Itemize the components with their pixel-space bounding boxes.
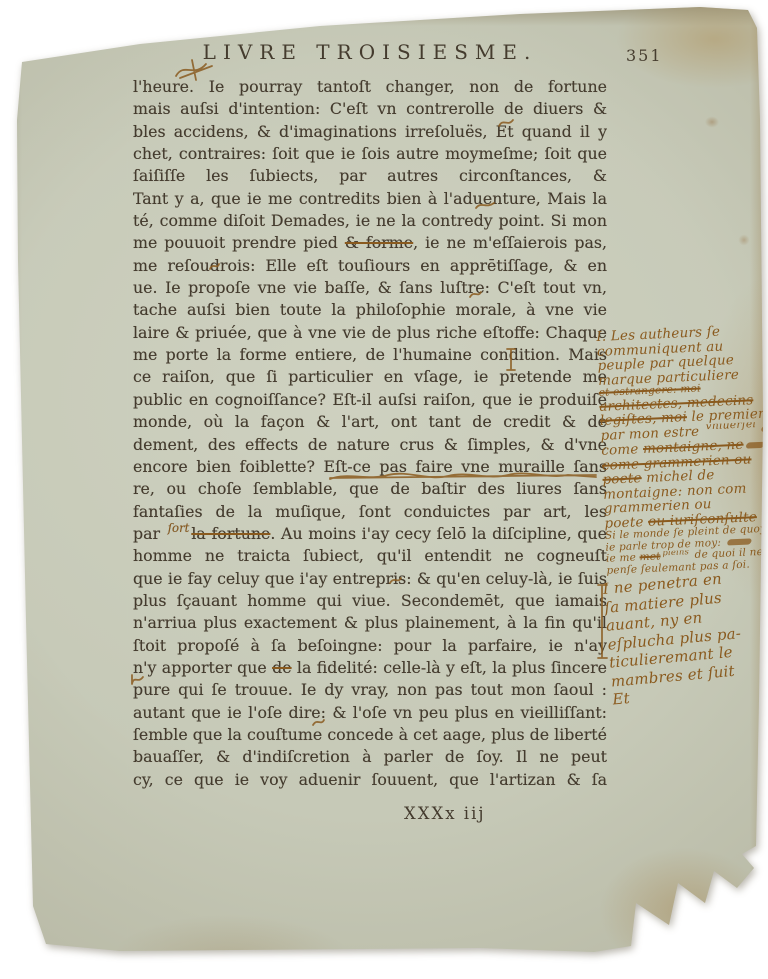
- struck-text: poete: [602, 470, 642, 487]
- text-segment: me reſoudrois: Elle eſt touſiours en app…: [133, 256, 607, 277]
- printed-text-line: me porte la forme entiere, de l'humaine …: [133, 344, 607, 366]
- text-segment: homme ne traicta ſubiect, qu'il entendit…: [133, 546, 607, 567]
- printed-text-line: l'heure. Ie pourray tantoſt changer, non…: [133, 76, 607, 98]
- printed-text-line: té, comme diſoit Demades, ie ne la contr…: [133, 210, 607, 232]
- printed-text-line: bauaſſer, & d'indiſcretion à parler de ſ…: [133, 746, 607, 768]
- text-segment: plus ſçauant homme qui viue. Secondemēt,…: [133, 591, 607, 612]
- illegible-scribble: [746, 441, 766, 448]
- text-segment: autant que ie l'oſe dire: & l'oſe vn peu…: [133, 703, 607, 724]
- book-page: LIVRE TROISIESME. 351 l'heure. Ie pourra…: [0, 0, 768, 979]
- handwritten-margin-note-2: I ne penetra enſa matiere plusauant, ny …: [602, 565, 768, 709]
- text-segment: par: [133, 524, 166, 543]
- printed-text-line: plus ſçauant homme qui viue. Secondemēt,…: [133, 590, 607, 612]
- struck-text: la fortune: [191, 524, 270, 543]
- printed-text-line: ſtoit propoſé à ſa beſoingne: pour la pa…: [133, 635, 607, 657]
- printed-text-line: tache auſsi bien toute la philoſophie mo…: [133, 299, 607, 321]
- text-segment: fantaſies de la muſique, ſont conduictes…: [133, 502, 607, 523]
- printed-text-line: monde, où la façon & l'art, ont tant de …: [133, 411, 607, 433]
- page-number: 351: [626, 46, 663, 65]
- gathering-signature: XXXx iij: [404, 804, 485, 823]
- text-segment: re, ou choſe ſemblable, que de baſtir de…: [133, 479, 607, 500]
- printed-text-line: chet, contraires: ſoit que ie ſois autre…: [133, 143, 607, 165]
- text-segment: té, comme diſoit Demades, ie ne la contr…: [133, 211, 607, 232]
- text-segment: monde, où la façon & l'art, ont tant de …: [133, 412, 607, 433]
- text-segment: ſtoit propoſé à ſa beſoingne: pour la pa…: [133, 636, 607, 657]
- printed-text-line: re, ou choſe ſemblable, que de baſtir de…: [133, 478, 607, 500]
- text-segment: public en cognoiſſance? Eſt-il auſsi rai…: [133, 390, 607, 411]
- printed-text-line: ſaiſiſſe les ſubiects, par autres circon…: [133, 165, 607, 187]
- text-segment: ſemble que la couſtume concede à cet aag…: [133, 725, 607, 746]
- text-segment: mais auſsi d'intention: C'eſt vn contrer…: [133, 99, 607, 120]
- text-segment: pure qui ſe trouue. Ie dy vray, non pas …: [133, 680, 607, 701]
- illegible-scribble: [761, 424, 768, 432]
- page-shadow: LIVRE TROISIESME. 351 l'heure. Ie pourra…: [0, 0, 768, 979]
- text-segment: laire & priuée, que à vne vie de plus ri…: [133, 323, 607, 344]
- text-segment: n'arriua plus exactement & plus plaineme…: [133, 613, 607, 634]
- text-segment: dement, des effects de nature crus & ſim…: [133, 435, 607, 456]
- printed-text-line: laire & priuée, que à vne vie de plus ri…: [133, 322, 607, 344]
- printed-text-line: public en cognoiſſance? Eſt-il auſsi rai…: [133, 389, 607, 411]
- text-segment: Tant y a, que ie me contredits bien à l'…: [133, 189, 607, 210]
- printed-text-line: ce raiſon, que ſi particulier en vſage, …: [133, 366, 607, 388]
- text-segment: encore bien foiblette? Eſt-ce pas faire …: [133, 457, 607, 478]
- text-segment: me porte la forme entiere, de l'humaine …: [133, 345, 607, 366]
- illegible-scribble: [727, 538, 753, 545]
- printed-text-line: bles accidens, & d'imaginations irreſolu…: [133, 121, 607, 143]
- text-segment: que ie fay celuy que i'ay entrepris: & q…: [133, 569, 607, 590]
- text-segment: come: [601, 441, 643, 458]
- printed-text-line: que ie fay celuy que i'ay entrepris: & q…: [133, 568, 607, 590]
- printed-text-line: dement, des effects de nature crus & ſim…: [133, 434, 607, 456]
- text-segment: chet, contraires: ſoit que ie ſois autre…: [133, 144, 607, 165]
- text-segment: cy, ce que ie voy aduenir ſouuent, que l…: [133, 770, 607, 791]
- struck-text: de: [272, 658, 291, 677]
- text-segment: bauaſſer, & d'indiſcretion à parler de ſ…: [133, 747, 607, 768]
- printed-text-line: n'arriua plus exactement & plus plaineme…: [133, 612, 607, 634]
- printed-text-line: homme ne traicta ſubiect, qu'il entendit…: [133, 545, 607, 567]
- printed-text-block: l'heure. Ie pourray tantoſt changer, non…: [133, 76, 607, 791]
- struck-text: & forme: [345, 233, 413, 252]
- text-segment: ce raiſon, que ſi particulier en vſage, …: [133, 367, 607, 388]
- struck-text: met: [639, 550, 661, 563]
- printed-text-line: ſemble que la couſtume concede à cet aag…: [133, 724, 607, 746]
- text-segment: tache auſsi bien toute la philoſophie mo…: [133, 300, 607, 321]
- handwritten-margin-note-1: I. Les autheurs ſecommuniquent aupeuple …: [596, 322, 768, 576]
- interlinear-hand-text: vniuerſel: [705, 421, 756, 433]
- printed-text-line: me pouuoit prendre pied & forme, ie ne m…: [133, 232, 607, 254]
- document-scan: LIVRE TROISIESME. 351 l'heure. Ie pourra…: [0, 0, 768, 979]
- printed-text-line: Tant y a, que ie me contredits bien à l'…: [133, 188, 607, 210]
- text-segment: Et: [612, 689, 631, 708]
- printed-text-line: autant que ie l'oſe dire: & l'oſe vn peu…: [133, 702, 607, 724]
- printed-text-line: par ſortla fortune. Au moins i'ay cecy ſ…: [133, 523, 607, 545]
- text-segment: bles accidens, & d'imaginations irreſolu…: [133, 122, 607, 143]
- printed-text-line: me reſoudrois: Elle eſt touſiours en app…: [133, 255, 607, 277]
- printed-text-line: cy, ce que ie voy aduenir ſouuent, que l…: [133, 769, 607, 791]
- printed-text-line: pure qui ſe trouue. Ie dy vray, non pas …: [133, 679, 607, 701]
- printed-text-line: encore bien foiblette? Eſt-ce pas faire …: [133, 456, 607, 478]
- text-segment: ſaiſiſſe les ſubiects, par autres circon…: [133, 166, 607, 187]
- text-segment: me pouuoit prendre pied: [133, 233, 345, 252]
- interlinear-hand-text: ſort: [168, 523, 190, 536]
- text-segment: ue. Ie propoſe vne vie baſſe, & ſans luſ…: [133, 278, 607, 299]
- text-segment: l'heure. Ie pourray tantoſt changer, non…: [133, 77, 607, 98]
- text-segment: ie me: [606, 551, 640, 564]
- printed-text-line: mais auſsi d'intention: C'eſt vn contrer…: [133, 98, 607, 120]
- printed-text-line: fantaſies de la muſique, ſont conduictes…: [133, 501, 607, 523]
- running-header: LIVRE TROISIESME.: [133, 40, 607, 64]
- printed-text-line: ue. Ie propoſe vne vie baſſe, & ſans luſ…: [133, 277, 607, 299]
- text-segment: n'y apporter que: [133, 658, 272, 677]
- printed-text-line: n'y apporter que de la fidelité: celle-l…: [133, 657, 607, 679]
